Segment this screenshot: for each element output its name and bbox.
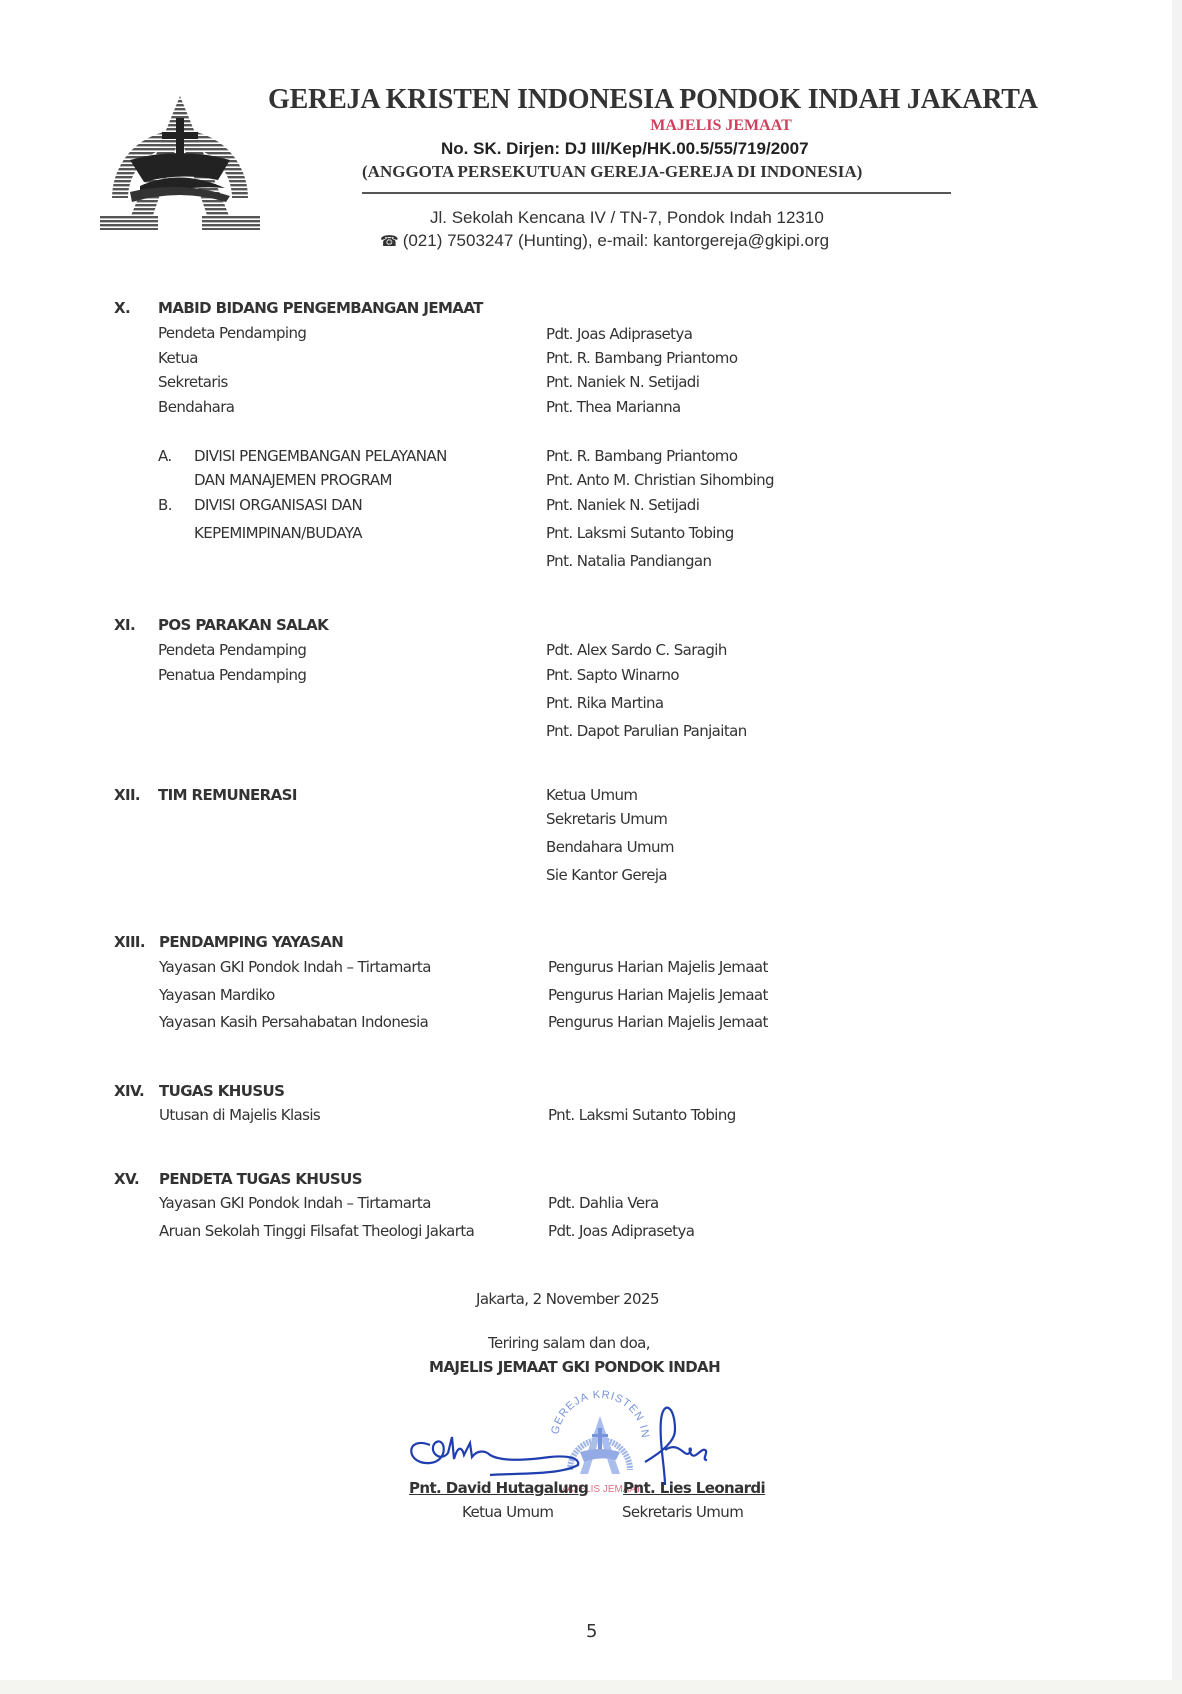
section-title: TUGAS KHUSUS <box>159 1082 284 1100</box>
role-label: Pendeta Pendamping <box>158 324 306 342</box>
member-name: Pnt. Anto M. Christian Sihombing <box>546 471 774 489</box>
address: Jl. Sekolah Kencana IV / TN-7, Pondok In… <box>430 208 824 228</box>
member-name: Pdt. Joas Adiprasetya <box>546 325 692 343</box>
member-name: Pnt. Rika Martina <box>546 694 664 712</box>
division-letter: A. <box>158 447 172 465</box>
member-name: Bendahara Umum <box>546 838 674 856</box>
section-title: POS PARAKAN SALAK <box>158 616 328 634</box>
member-name: Pdt. Dahlia Vera <box>548 1194 659 1212</box>
signature-ketua <box>400 1415 600 1485</box>
sk-number: No. SK. Dirjen: DJ III/Kep/HK.00.5/55/71… <box>441 139 809 159</box>
signature-sekretaris <box>635 1390 735 1490</box>
signer-title-ketua: Ketua Umum <box>462 1503 553 1521</box>
member-name: Pengurus Harian Majelis Jemaat <box>548 986 768 1004</box>
role-label: Utusan di Majelis Klasis <box>159 1106 320 1124</box>
member-name: Pengurus Harian Majelis Jemaat <box>548 1013 768 1031</box>
place-date: Jakarta, 2 November 2025 <box>476 1290 659 1308</box>
role-label: Yayasan GKI Pondok Indah – Tirtamarta <box>159 1194 431 1212</box>
council-label: MAJELIS JEMAAT <box>0 117 1182 135</box>
section-title: TIM REMUNERASI <box>158 786 297 804</box>
page-number: 5 <box>586 1621 597 1642</box>
division-title: DAN MANAJEMEN PROGRAM <box>194 471 392 489</box>
section-title: MABID BIDANG PENGEMBANGAN JEMAAT <box>158 299 483 317</box>
member-name: Pnt. R. Bambang Priantomo <box>546 349 737 367</box>
signatory-body: MAJELIS JEMAAT GKI PONDOK INDAH <box>429 1358 720 1376</box>
member-name: Pnt. Naniek N. Setijadi <box>546 373 699 391</box>
role-label: Pendeta Pendamping <box>158 641 306 659</box>
signer-name-sekretaris: Pnt. Lies Leonardi <box>623 1479 765 1497</box>
header-divider <box>362 192 951 194</box>
division-title: KEPEMIMPINAN/BUDAYA <box>194 524 362 542</box>
member-name: Pdt. Joas Adiprasetya <box>548 1222 694 1240</box>
role-label: Ketua <box>158 349 198 367</box>
organization-name: GEREJA KRISTEN INDONESIA PONDOK INDAH JA… <box>268 84 1038 116</box>
contact-line: ☎(021) 7503247 (Hunting), e-mail: kantor… <box>380 231 829 251</box>
member-name: Sekretaris Umum <box>546 810 667 828</box>
page-edge <box>1172 0 1182 1694</box>
role-label: Yayasan Kasih Persahabatan Indonesia <box>159 1013 428 1031</box>
member-name: Ketua Umum <box>546 786 637 804</box>
member-name: Pnt. Laksmi Sutanto Tobing <box>548 1106 736 1124</box>
greeting: Teriring salam dan doa, <box>488 1334 650 1352</box>
member-name: Sie Kantor Gereja <box>546 866 667 884</box>
member-name: Pnt. Naniek N. Setijadi <box>546 496 699 514</box>
member-name: Pnt. Natalia Pandiangan <box>546 552 711 570</box>
role-label: Aruan Sekolah Tinggi Filsafat Theologi J… <box>159 1222 474 1240</box>
section-number: XIV. <box>114 1082 144 1100</box>
section-title: PENDETA TUGAS KHUSUS <box>159 1170 362 1188</box>
gki-church-logo-icon <box>100 88 260 238</box>
section-number: XI. <box>114 616 135 634</box>
role-label: Penatua Pendamping <box>158 666 306 684</box>
division-title: DIVISI PENGEMBANGAN PELAYANAN <box>194 447 447 465</box>
member-name: Pengurus Harian Majelis Jemaat <box>548 958 768 976</box>
role-label: Sekretaris <box>158 373 228 391</box>
member-name: Pnt. Thea Marianna <box>546 398 681 416</box>
member-name: Pnt. R. Bambang Priantomo <box>546 447 737 465</box>
member-name: Pnt. Laksmi Sutanto Tobing <box>546 524 734 542</box>
signer-name-ketua: Pnt. David Hutagalung <box>409 1479 588 1497</box>
role-label: Yayasan GKI Pondok Indah – Tirtamarta <box>159 958 431 976</box>
section-number: XV. <box>114 1170 139 1188</box>
telephone-icon: ☎ <box>380 232 399 250</box>
member-name: Pnt. Sapto Winarno <box>546 666 679 684</box>
section-title: PENDAMPING YAYASAN <box>159 933 343 951</box>
contact-text: (021) 7503247 (Hunting), e-mail: kantorg… <box>403 231 829 250</box>
section-number: X. <box>114 299 130 317</box>
division-title: DIVISI ORGANISASI DAN <box>194 496 362 514</box>
role-label: Bendahara <box>158 398 234 416</box>
membership-note: (ANGGOTA PERSEKUTUAN GEREJA-GEREJA DI IN… <box>362 162 862 182</box>
member-name: Pdt. Alex Sardo C. Saragih <box>546 641 727 659</box>
member-name: Pnt. Dapot Parulian Panjaitan <box>546 722 747 740</box>
section-number: XII. <box>114 786 140 804</box>
page-bottom-edge <box>0 1680 1182 1694</box>
role-label: Yayasan Mardiko <box>159 986 275 1004</box>
division-letter: B. <box>158 496 172 514</box>
section-number: XIII. <box>114 933 145 951</box>
signer-title-sekretaris: Sekretaris Umum <box>622 1503 743 1521</box>
